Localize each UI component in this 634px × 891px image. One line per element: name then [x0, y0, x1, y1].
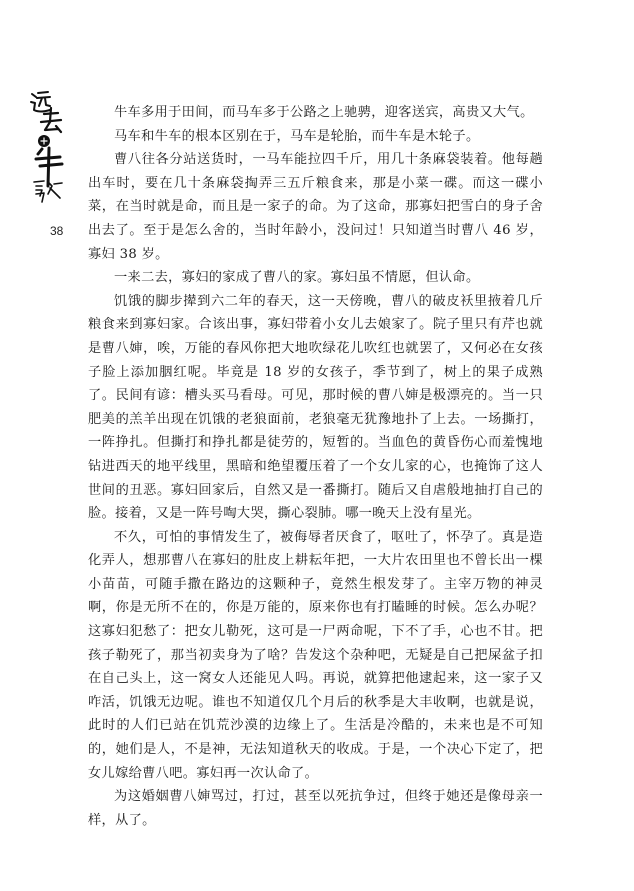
document-body: 牛车多用于田间，而马车多于公路之上驰骋，迎客送宾，高贵又大气。 马车和牛车的根本…: [88, 101, 543, 832]
paragraph: 不久，可怕的事情发生了，被侮辱者厌食了，呕吐了，怀孕了。真是造化弄人，想那曹八在…: [88, 526, 543, 786]
book-title-calligraphy-logo: [28, 86, 68, 216]
paragraph: 为这婚姻曹八婶骂过，打过，甚至以死抗争过，但终于她还是像母亲一样，从了。: [88, 785, 543, 832]
paragraph: 饥饿的脚步撵到六二年的春天，这一天傍晚，曹八的破皮袄里掖着几斤粮食来到寡妇家。合…: [88, 290, 543, 526]
calligraphy-title-icon: [28, 86, 68, 216]
paragraph: 一来二去，寡妇的家成了曹八的家。寡妇虽不情愿，但认命。: [88, 266, 543, 290]
paragraph: 牛车多用于田间，而马车多于公路之上驰骋，迎客送宾，高贵又大气。: [88, 101, 543, 125]
paragraph: 马车和牛车的根本区别在于，马车是轮胎，而牛车是木轮子。: [88, 125, 543, 149]
page-number: 38: [50, 224, 63, 238]
paragraph: 曹八往各分站送货时，一马车能拉四千斤，用几十条麻袋装着。他每趟出车时，要在几十条…: [88, 148, 543, 266]
